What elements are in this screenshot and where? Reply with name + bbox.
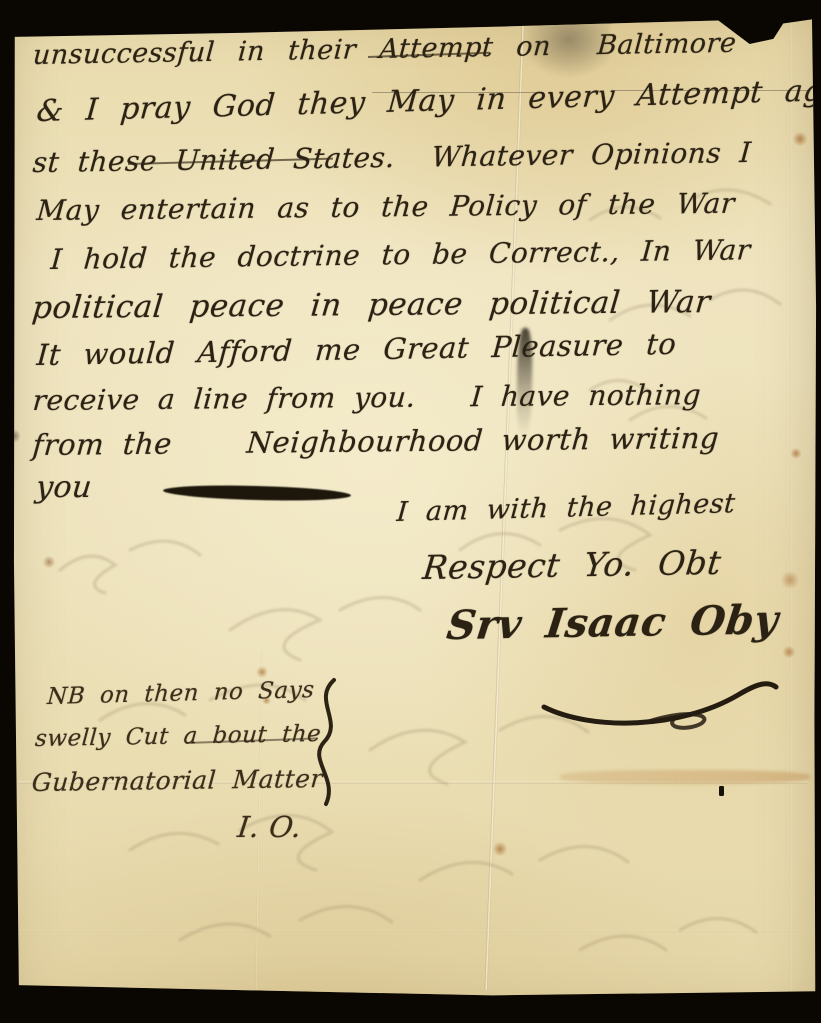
postscript-line: Gubernatorial Matter <box>31 764 324 797</box>
letter-paper: unsuccessful in their Attempt on Baltimo… <box>0 0 821 1023</box>
letter-line: you <box>34 470 94 505</box>
signature: Srv Isaac Oby <box>444 596 781 649</box>
letter-line: st these United States. Whatever Opinion… <box>32 136 753 179</box>
rust-stain <box>744 18 778 38</box>
letter-line: & I pray God they May in every Attempt a… <box>35 72 821 129</box>
letter-line: from the Neighbourhood worth writing <box>31 421 720 462</box>
rust-stain <box>792 132 808 146</box>
letter-photograph: unsuccessful in their Attempt on Baltimo… <box>0 0 821 1023</box>
right-edge-fold-crease <box>790 20 792 990</box>
closing-line: Respect Yo. Obt <box>421 543 723 587</box>
postscript-initials: I. O. <box>236 810 304 844</box>
signature-flourish <box>530 655 790 735</box>
left-edge-smudge <box>8 428 20 444</box>
letter-line: unsuccessful in their Attempt on Baltimo… <box>32 28 738 71</box>
letter-line: political peace in peace political War <box>31 284 713 326</box>
letter-line: receive a line from you. I have nothing <box>31 378 702 417</box>
postscript-line: swelly Cut a bout the <box>34 721 322 752</box>
ink-spot <box>100 14 110 23</box>
postscript-brace-flourish <box>300 674 360 814</box>
